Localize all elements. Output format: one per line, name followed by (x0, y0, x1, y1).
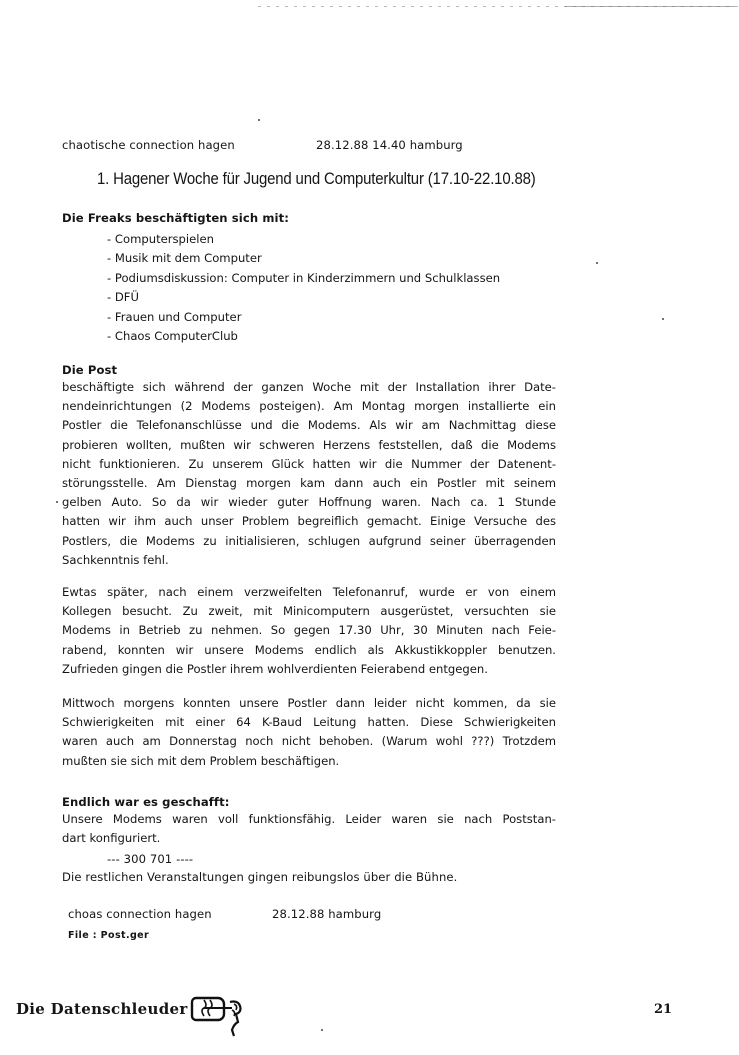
text-line: Postler die Telefonanschlüsse und die Mo… (62, 416, 556, 435)
text-line: Sachkenntnis fehl. (62, 551, 556, 570)
text-line: Kollegen besucht. Zu zweit, mit Minicomp… (62, 602, 556, 621)
scan-speck (662, 318, 664, 320)
scan-speck (596, 262, 598, 264)
footer-date-place: 28.12.88 hamburg (272, 907, 381, 921)
text-line: nicht funktionieren. Zu unserem Glück ha… (62, 455, 556, 474)
text-line: mußten sie sich mit dem Problem beschäft… (62, 752, 556, 771)
text-line: nendeinrichtungen (2 Modems posteigen). … (62, 397, 556, 416)
paragraph-post-2: Ewtas später, nach einem verzweifelten T… (62, 583, 556, 679)
header-sender: chaotische connection hagen (62, 138, 235, 152)
list-item: Frauen und Computer (107, 308, 500, 327)
scan-speck (258, 119, 260, 121)
paragraph-post-1: beschäftigte sich während der ganzen Woc… (62, 378, 556, 570)
text-line: hatten wir ihm auch unser Problem begrei… (62, 512, 556, 531)
list-item: Musik mit dem Computer (107, 249, 500, 268)
slingshot-hand-icon (190, 996, 250, 1046)
text-line: dart konfiguriert. (62, 829, 556, 848)
list-item: Podiumsdiskussion: Computer in Kinderzim… (107, 269, 500, 288)
text-line: rabend, konnten wir unsere Modems endlic… (62, 641, 556, 660)
text-line: Ewtas später, nach einem verzweifelten T… (62, 583, 556, 602)
section-heading-finale: Endlich war es geschafft: (62, 795, 229, 809)
page-number: 21 (654, 1002, 672, 1017)
text-line: Postlers, die Modems zu initialisieren, … (62, 532, 556, 551)
paragraph-finale: Unsere Modems waren voll funktionsfähig.… (62, 810, 556, 848)
text-line: Zufrieden gingen die Postler ihrem wohlv… (62, 660, 556, 679)
masthead-logo: Die Datenschleuder (16, 996, 250, 1046)
header-date-place: 28.12.88 14.40 hamburg (316, 138, 463, 152)
text-line: Unsere Modems waren voll funktionsfähig.… (62, 810, 556, 829)
section-heading-post: Die Post (62, 363, 117, 377)
text-line: Mittwoch morgens konnten unsere Postler … (62, 694, 556, 713)
list-item: DFÜ (107, 288, 500, 307)
text-line: waren auch am Donnerstag noch nicht beho… (62, 732, 556, 751)
paragraph-post-3: Mittwoch morgens konnten unsere Postler … (62, 694, 556, 771)
file-name: File : Post.ger (68, 930, 149, 941)
article-title: 1. Hagener Woche für Jugend und Computer… (97, 169, 536, 189)
text-line: störungsstelle. Am Dienstag morgen kam d… (62, 474, 556, 493)
scan-speck (321, 1029, 323, 1031)
intro-heading: Die Freaks beschäftigten sich mit: (62, 211, 289, 225)
footer-sender: choas connection hagen (68, 907, 212, 921)
text-line: Schwierigkeiten mit einer 64 K-Baud Leit… (62, 713, 556, 732)
scan-speck (56, 501, 58, 503)
logo-text: Die Datenschleuder (16, 1000, 188, 1018)
text-line: gelben Auto. So da wir wieder guter Hoff… (62, 493, 556, 512)
topic-list: Computerspielen Musik mit dem Computer P… (107, 230, 500, 346)
list-item: Computerspielen (107, 230, 500, 249)
closing-sentence: Die restlichen Veranstaltungen gingen re… (62, 870, 457, 884)
list-item: Chaos ComputerClub (107, 327, 500, 346)
modem-config-code: --- 300 701 ---- (107, 852, 193, 866)
scan-artifact-line-solid (565, 6, 735, 7)
text-line: beschäftigte sich während der ganzen Woc… (62, 378, 556, 397)
text-line: probieren wollten, mußten wir schweren H… (62, 436, 556, 455)
text-line: Modems in Betrieb zu nehmen. So gegen 17… (62, 621, 556, 640)
